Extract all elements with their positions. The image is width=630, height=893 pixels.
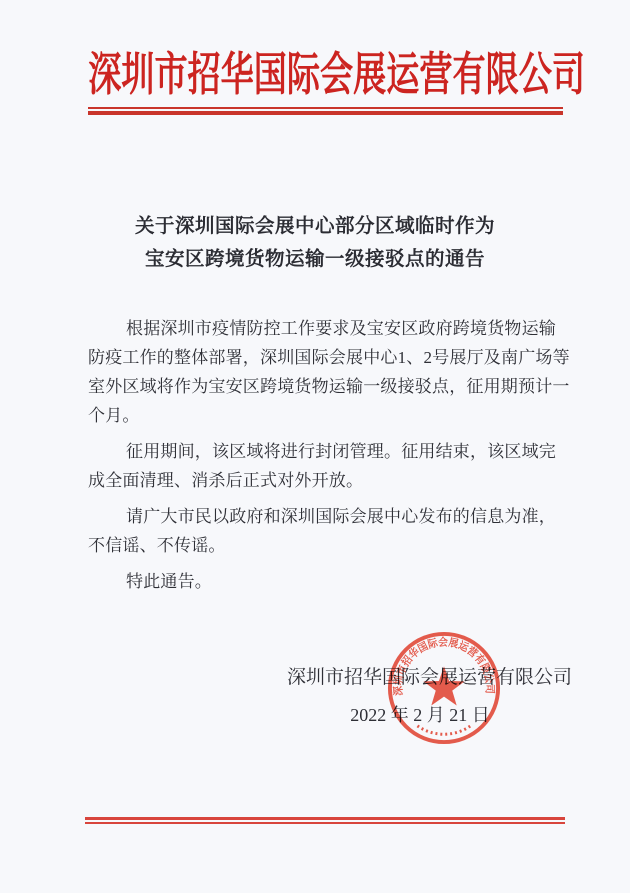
document-screenshot: { "letterhead": { "company_name": "深圳市招华… [0, 0, 630, 893]
letterhead-company-name: 深圳市招华国际会展运营有限公司 [88, 46, 542, 104]
paragraph-1: 根据深圳市疫情防控工作要求及宝安区政府跨境货物运输 防疫工作的整体部署，深圳国际… [88, 314, 568, 430]
notice-title-line1: 关于深圳国际会展中心部分区域临时作为 [0, 210, 630, 243]
body-line: 征用期间，该区域将进行封闭管理。征用结束，该区域完 [88, 437, 568, 466]
notice-body: 根据深圳市疫情防控工作要求及宝安区政府跨境货物运输 防疫工作的整体部署，深圳国际… [88, 314, 568, 603]
body-line: 请广大市民以政府和深圳国际会展中心发布的信息为准， [88, 502, 568, 531]
body-line: 不信谣、不传谣。 [88, 531, 568, 560]
body-line: 防疫工作的整体部署，深圳国际会展中心1、2号展厅及南广场等 [88, 343, 568, 372]
signature-company-name: 深圳市招华国际会展运营有限公司 [287, 666, 553, 690]
notice-title: 关于深圳国际会展中心部分区域临时作为 宝安区跨境货物运输一级接驳点的通告 [0, 210, 630, 276]
seal-microtext-arc [417, 726, 470, 734]
paragraph-4: 特此通告。 [88, 567, 568, 596]
body-line: 特此通告。 [88, 567, 568, 596]
notice-title-line2: 宝安区跨境货物运输一级接驳点的通告 [0, 243, 630, 276]
body-line: 个月。 [88, 401, 568, 430]
body-line: 成全面清理、消杀后正式对外开放。 [88, 466, 568, 495]
paragraph-3: 请广大市民以政府和深圳国际会展中心发布的信息为准， 不信谣、不传谣。 [88, 502, 568, 560]
body-line: 根据深圳市疫情防控工作要求及宝安区政府跨境货物运输 [88, 314, 568, 343]
document-page: 深圳市招华国际会展运营有限公司 关于深圳国际会展中心部分区域临时作为 宝安区跨境… [0, 0, 630, 893]
paragraph-2: 征用期间，该区域将进行封闭管理。征用结束，该区域完 成全面清理、消杀后正式对外开… [88, 437, 568, 495]
signature-block: 深圳市招华国际会展运营有限公司 2022 年 2 月 21 日 [287, 666, 553, 726]
signature-date: 2022 年 2 月 21 日 [287, 704, 553, 726]
letterhead-divider [88, 107, 563, 115]
body-line: 室外区域将作为宝安区跨境货物运输一级接驳点，征用期预计一 [88, 372, 568, 401]
footer-divider [85, 817, 565, 824]
